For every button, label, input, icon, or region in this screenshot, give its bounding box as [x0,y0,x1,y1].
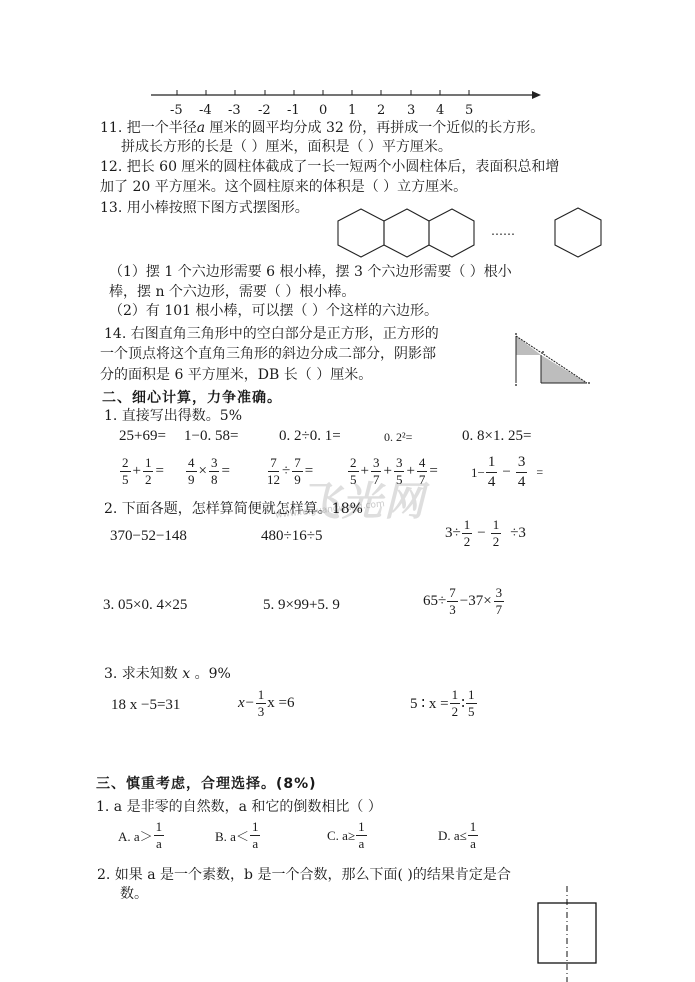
rectangle-with-axis-figure [0,0,695,982]
